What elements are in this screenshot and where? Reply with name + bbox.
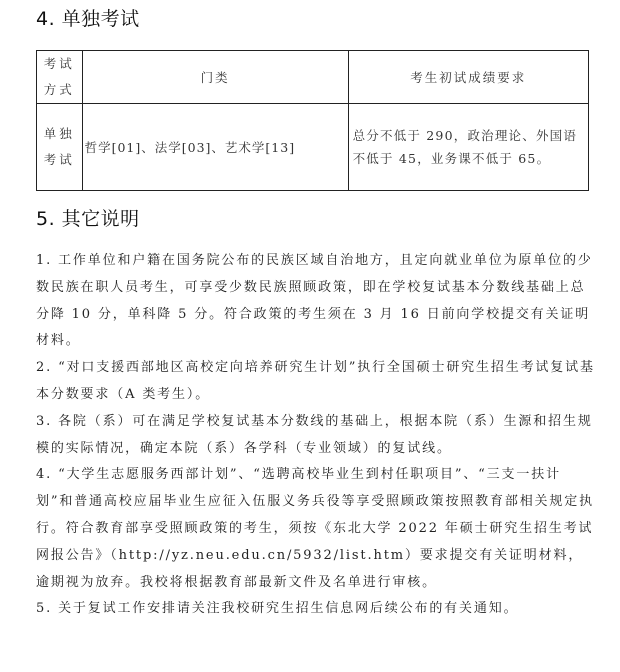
note-item-2: 2. “对口支援西部地区高校定向培养研究生计划”执行全国硕士研究生招生考试复试基… (36, 355, 596, 409)
cell-category: 哲学[01]、法学[03]、艺术学[13] (82, 104, 348, 191)
header-exam-method-line1: 考试 (37, 51, 82, 77)
cell-score-requirement-line1: 总分不低于 290，政治理论、外国语 (353, 124, 588, 147)
note-item-3: 3. 各院（系）可在满足学校复试基本分数线的基础上，根据本院（系）生源和招生规模… (36, 409, 596, 463)
cell-score-requirement-line2: 不低于 45，业务课不低于 65。 (353, 147, 588, 170)
note-item-4: 4. “大学生志愿服务西部计划”、“选聘高校毕业生到村任职项目”、“三支一扶计划… (36, 462, 596, 596)
header-exam-method-line2: 方式 (37, 77, 82, 103)
note-item-1: 1. 工作单位和户籍在国务院公布的民族区域自治地方，且定向就业单位为原单位的少数… (36, 248, 596, 355)
header-exam-method: 考试 方式 (37, 51, 83, 104)
other-notes-list: 1. 工作单位和户籍在国务院公布的民族区域自治地方，且定向就业单位为原单位的少数… (36, 248, 596, 623)
header-score-requirement: 考生初试成绩要求 (348, 51, 588, 104)
note-item-5: 5. 关于复试工作安排请关注我校研究生招生信息网后续公布的有关通知。 (36, 596, 596, 623)
cell-exam-method-line1: 单独 (37, 121, 82, 147)
header-category: 门类 (82, 51, 348, 104)
table-row: 单独 考试 哲学[01]、法学[03]、艺术学[13] 总分不低于 290，政治… (37, 104, 589, 191)
table-header-row: 考试 方式 门类 考生初试成绩要求 (37, 51, 589, 104)
cell-exam-method: 单独 考试 (37, 104, 83, 191)
section-heading-independent-exam: 4. 单独考试 (36, 4, 140, 31)
section-heading-other-notes: 5. 其它说明 (36, 204, 140, 231)
cell-exam-method-line2: 考试 (37, 147, 82, 173)
independent-exam-table: 考试 方式 门类 考生初试成绩要求 单独 考试 哲学[01]、法学[03]、艺术… (36, 50, 589, 191)
cell-score-requirement: 总分不低于 290，政治理论、外国语 不低于 45，业务课不低于 65。 (348, 104, 588, 191)
